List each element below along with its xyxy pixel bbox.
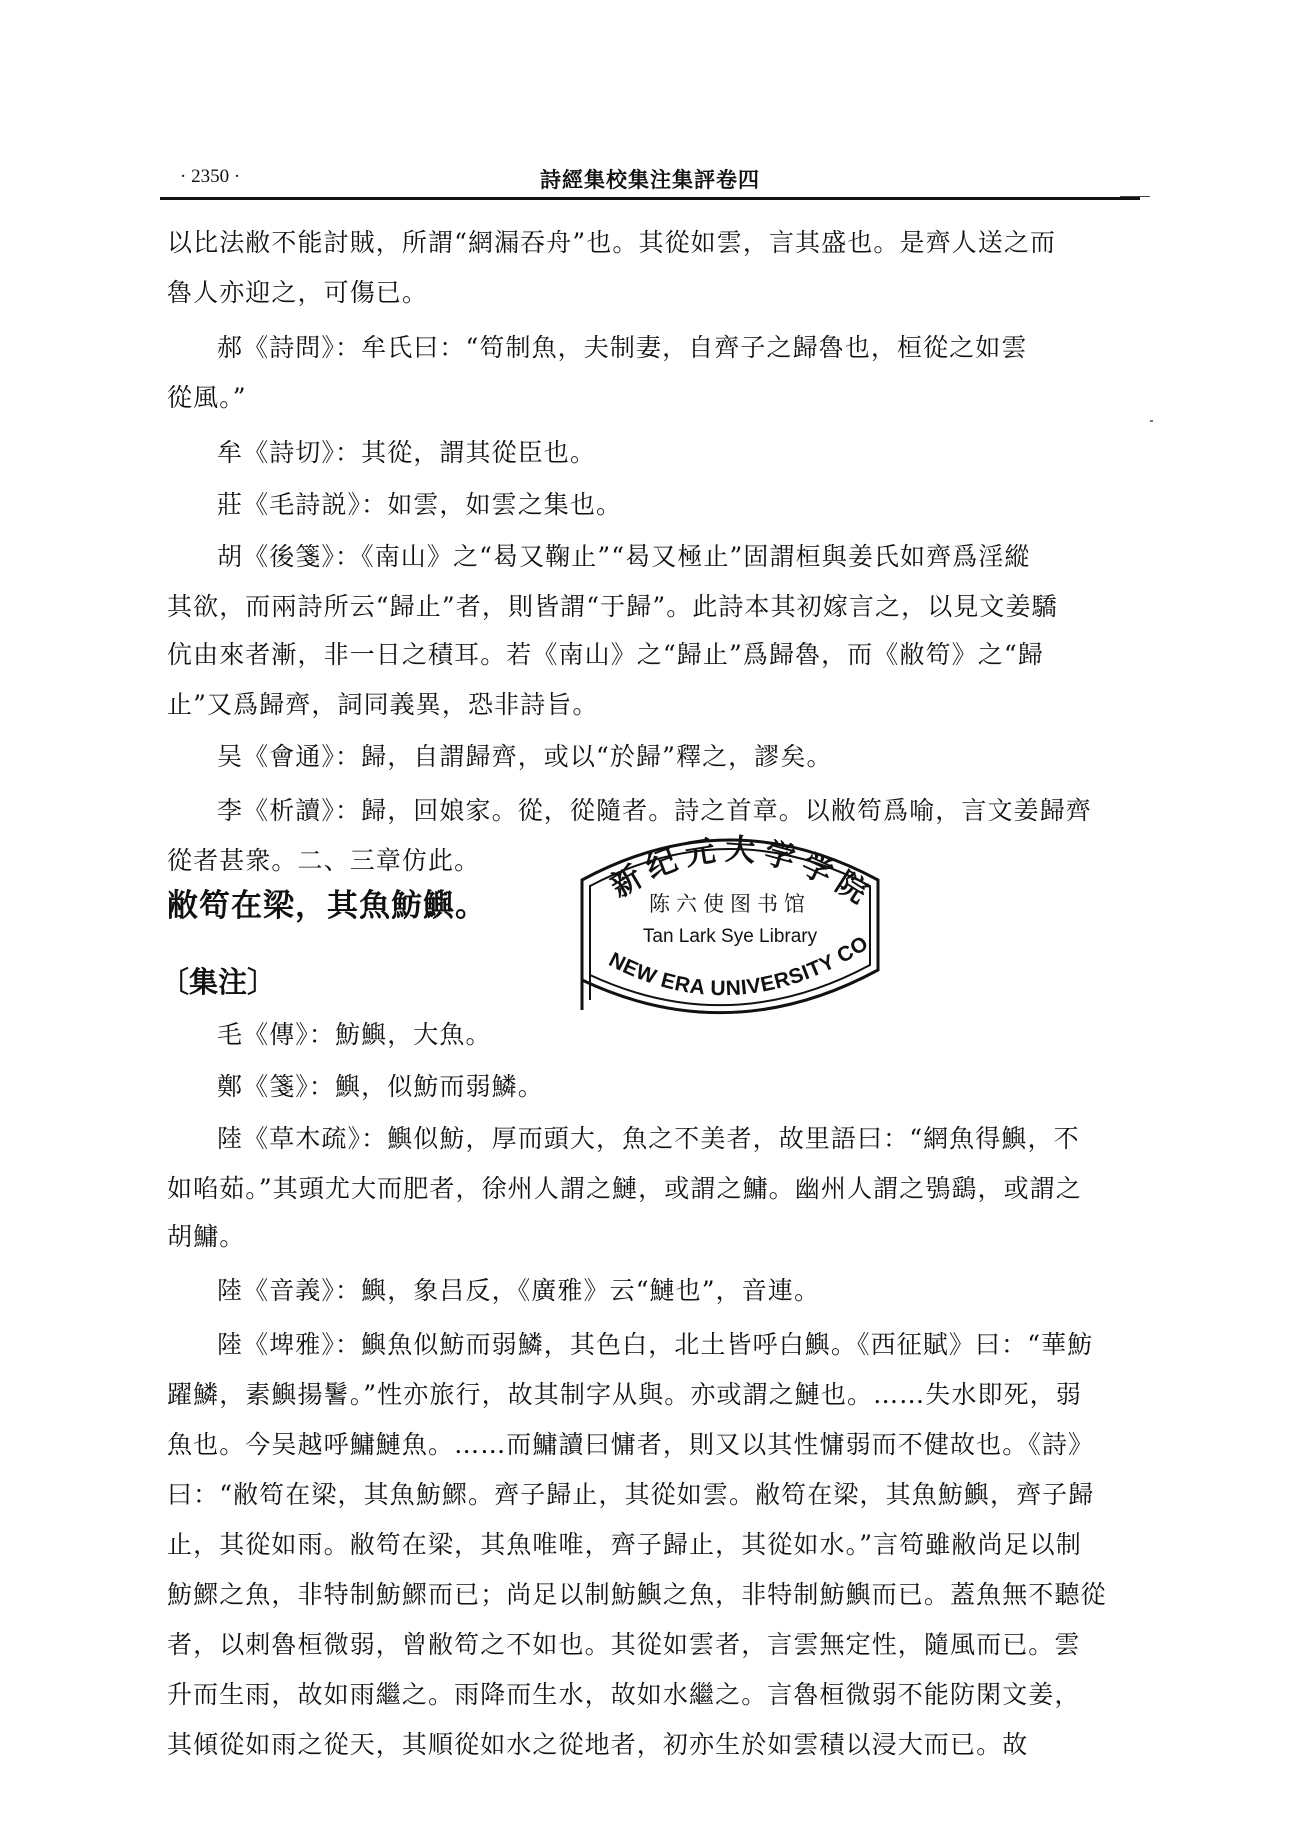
running-title: 詩經集校集注集評卷四 — [160, 164, 1140, 194]
section-heading: 〔集注〕 — [160, 960, 276, 1001]
text-line: 胡《後箋》：《南山》之“曷又鞠止”“曷又極止”固謂桓與姜氏如齊爲淫縱 — [217, 542, 1031, 572]
text-line: 者，以刺魯桓微弱，曾敝笱之不如也。其從如雲者，言雲無定性，隨風而已。雲 — [167, 1630, 1081, 1660]
text-line: 止，其從如雨。敝笱在梁，其魚唯唯，齊子歸止，其從如水。”言笱雖敝尚足以制 — [167, 1530, 1082, 1560]
text-line: 鄭《箋》：鱮，似魴而弱鱗。 — [217, 1072, 544, 1102]
text-line: 伉由來者漸，非一日之積耳。若《南山》之“歸止”爲歸魯，而《敝笱》之“歸 — [167, 640, 1044, 670]
text-line: 郝《詩問》：牟氏曰：“笱制魚，夫制妻，自齊子之歸魯也，桓從之如雲 — [217, 333, 1027, 363]
text-line: 從者甚衆。二、三章仿此。 — [167, 846, 480, 876]
margin-mark — [1150, 420, 1153, 422]
text-line: 曰：“敝笱在梁，其魚魴鰥。齊子歸止，其從如雲。敝笱在梁，其魚魴鱮，齊子歸 — [167, 1480, 1094, 1510]
text-line: 從風。” — [167, 383, 247, 413]
text-line: 莊《毛詩説》：如雲，如雲之集也。 — [217, 490, 622, 520]
text-line: 如啗茹。”其頭尤大而肥者，徐州人謂之鰱，或謂之鱅。幽州人謂之鴞鷂，或謂之 — [167, 1174, 1082, 1204]
text-line: 升而生雨，故如雨繼之。雨降而生水，故如水繼之。言魯桓微弱不能防閑文姜， — [167, 1680, 1081, 1710]
text-line: 牟《詩切》：其從，謂其從臣也。 — [217, 438, 596, 468]
text-line: 毛《傳》：魴鱮，大魚。 — [217, 1020, 492, 1050]
verse-line: 敝笱在梁，其魚魴鱮。 — [167, 880, 487, 925]
text-line: 魴鰥之魚，非特制魴鰥而已；尚足以制魴鱮之魚，非特制魴鱮而已。蓋魚無不聽從 — [167, 1580, 1107, 1610]
header-rule-tail — [1120, 196, 1150, 197]
header-rule — [160, 197, 1140, 200]
text-line: 其欲，而兩詩所云“歸止”者，則皆謂“于歸”。此詩本其初嫁言之，以見文姜驕 — [167, 592, 1058, 622]
document-page: · 2350 · 詩經集校集注集評卷四 以比法敝不能討賊，所謂“網漏吞舟”也。其… — [0, 0, 1300, 1827]
text-line: 魯人亦迎之，可傷已。 — [167, 278, 428, 308]
page-header: · 2350 · 詩經集校集注集評卷四 — [160, 160, 1140, 196]
stamp-chinese-line: 陈六使图书馆 — [570, 888, 890, 918]
text-line: 其傾從如雨之從天，其順從如水之從地者，初亦生於如雲積以浸大而已。故 — [167, 1730, 1028, 1760]
text-line: 躍鱗，素鱮揚鬐。”性亦旅行，故其制字从與。亦或謂之鰱也。……失水即死，弱 — [167, 1380, 1082, 1410]
library-stamp: 新纪元大学学院 NEW ERA UNIVERSITY COLLEGE 陈六使图书… — [570, 810, 890, 1025]
text-line: 陸《埤雅》：鱮魚似魴而弱鱗，其色白，北土皆呼白鱮。《西征賦》曰：“華魴 — [217, 1330, 1093, 1360]
text-line: 魚也。今吴越呼鱅鰱魚。……而鱅讀曰慵者，則又以其性慵弱而不健故也。《詩》 — [167, 1430, 1094, 1460]
text-line: 陸《草木疏》：鱮似魴，厚而頭大，魚之不美者，故里語曰：“網魚得鱮，不 — [217, 1124, 1080, 1154]
stamp-english-line: Tan Lark Sye Library — [570, 926, 890, 948]
text-line: 以比法敝不能討賊，所謂“網漏吞舟”也。其從如雲，言其盛也。是齊人送之而 — [167, 228, 1056, 258]
text-line: 陸《音義》：鱮，象吕反，《廣雅》云“鰱也”，音連。 — [217, 1276, 820, 1306]
text-line: 胡鱅。 — [167, 1222, 245, 1252]
text-line: 吴《會通》：歸，自謂歸齊，或以“於歸”釋之，謬矣。 — [217, 742, 833, 772]
text-line: 止”又爲歸齊，詞同義異，恐非詩旨。 — [167, 690, 598, 720]
